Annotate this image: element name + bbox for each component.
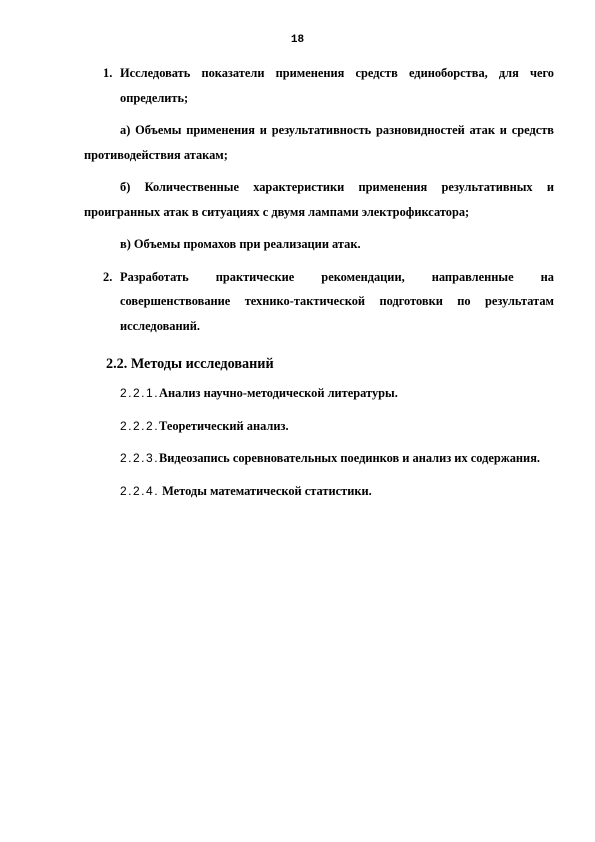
task-text: Разработать практические рекомендации, н… <box>120 265 554 339</box>
method-text: Видеозапись соревновательных поединков и… <box>159 451 540 465</box>
task-item-2: 2. Разработать практические рекомендации… <box>84 265 554 339</box>
task-text: Исследовать показатели применения средст… <box>120 61 554 110</box>
method-item-3: 2.2.3.Видеозапись соревновательных поеди… <box>84 446 554 471</box>
subtask-c: в) Объемы промахов при реализации атак. <box>84 232 554 257</box>
method-item-4: 2.2.4. Методы математической статистики. <box>84 479 554 504</box>
document-body: 1. Исследовать показатели применения сре… <box>84 61 554 511</box>
section-heading: 2.2. Методы исследований <box>106 352 554 376</box>
page-number: 18 <box>0 33 595 47</box>
method-item-2: 2.2.2.Теоретический анализ. <box>84 414 554 439</box>
method-item-1: 2.2.1.Анализ научно-методической литерат… <box>84 381 554 406</box>
subtask-a: а) Объемы применения и результативность … <box>84 118 554 167</box>
task-number: 1. <box>103 61 112 86</box>
method-code: 2.2.1. <box>120 386 159 400</box>
method-code: 2.2.2. <box>120 419 159 433</box>
method-text: Методы математической статистики. <box>159 484 372 498</box>
method-code: 2.2.4. <box>120 484 159 498</box>
method-code: 2.2.3. <box>120 451 159 465</box>
subtask-b: б) Количественные характеристики примене… <box>84 175 554 224</box>
method-text: Теоретический анализ. <box>159 419 289 433</box>
task-number: 2. <box>103 265 112 290</box>
task-item-1: 1. Исследовать показатели применения сре… <box>84 61 554 110</box>
method-text: Анализ научно-методической литературы. <box>159 386 398 400</box>
